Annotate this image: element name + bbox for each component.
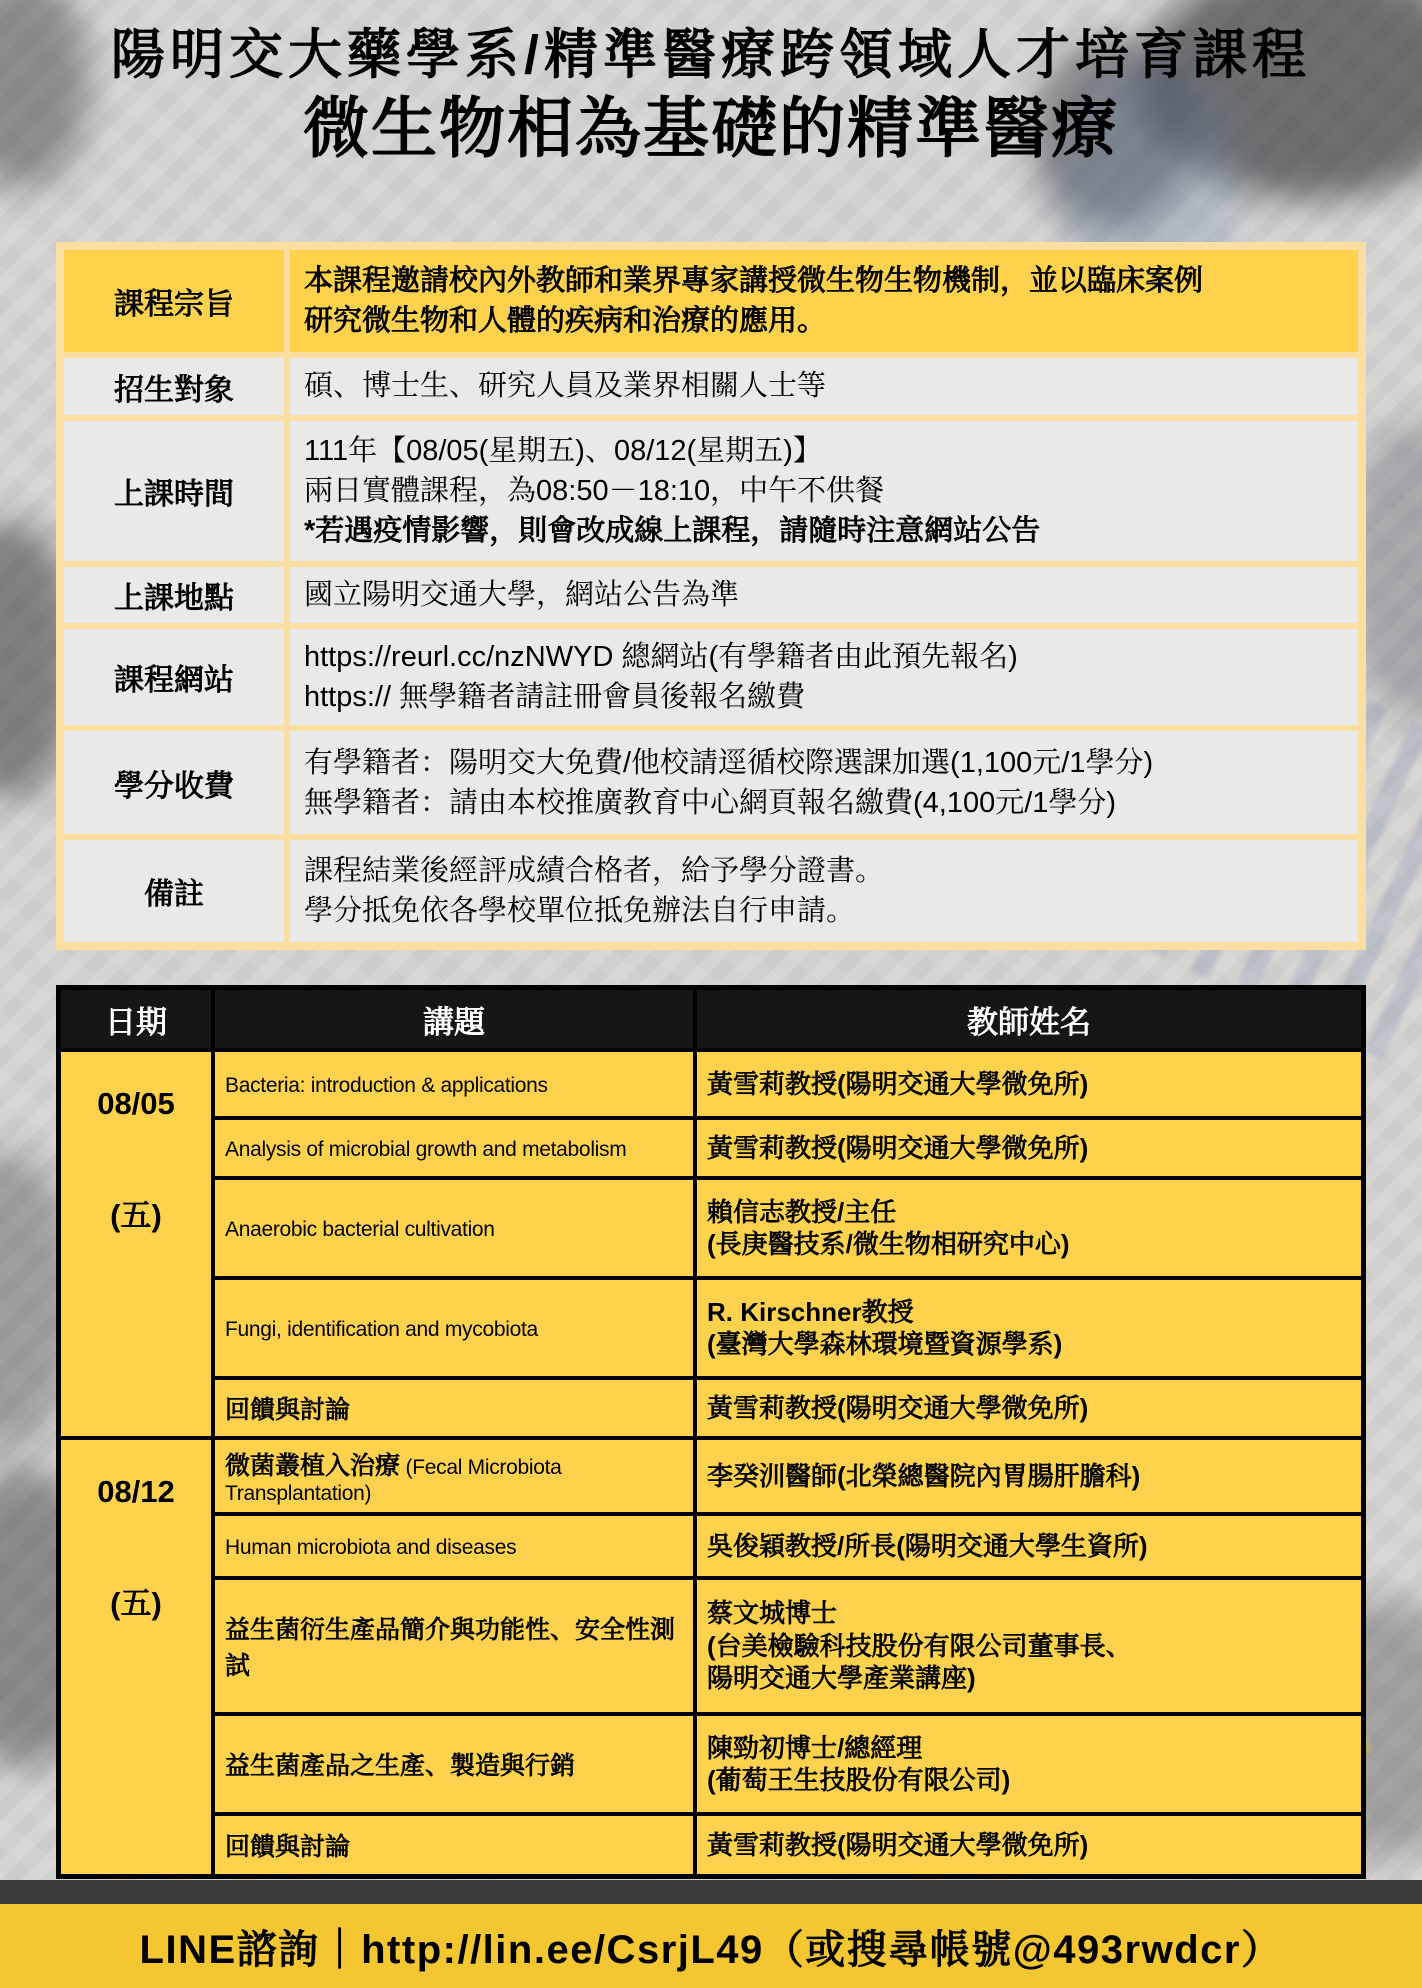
teacher-cell: 陳勁初博士/總經理 (葡萄王生技股份有限公司) [697, 1716, 1361, 1812]
info-text-line: 無學籍者：請由本校推廣教育中心網頁報名繳費(4,100元/1學分) [304, 783, 1344, 823]
info-label-purpose: 課程宗旨 [64, 250, 284, 352]
teacher-cell: 黃雪莉教授(陽明交通大學微免所) [697, 1120, 1361, 1176]
info-label-audience: 招生對象 [64, 358, 284, 415]
info-row-website: 課程網站 https://reurl.cc/nzNWYD 總網站(有學籍者由此預… [64, 629, 1358, 725]
info-content-purpose: 本課程邀請校內外教師和業界專家講授微生物生物機制，並以臨床案例 研究微生物和人體… [290, 250, 1358, 352]
info-label-website: 課程網站 [64, 629, 284, 725]
info-row-audience: 招生對象 碩、博士生、研究人員及業界相關人士等 [64, 358, 1358, 415]
topic-zh: 益生菌產品之生產、製造與行銷 [225, 1752, 575, 1780]
info-content-credit-fee: 有學籍者：陽明交大免費/他校請逕循校際選課加選(1,100元/1學分) 無學籍者… [290, 731, 1358, 834]
topic-en: Fungi, identification and mycobiota [225, 1318, 538, 1341]
teacher-line: 黃雪莉教授(陽明交通大學微免所) [707, 1132, 1351, 1165]
schedule-header-topic: 講題 [215, 990, 693, 1048]
teacher-cell: 蔡文城博士 (台美檢驗科技股份有限公司董事長、 陽明交通大學產業講座) [697, 1580, 1361, 1712]
info-label-credit-fee: 學分收費 [64, 731, 284, 834]
course-website-link[interactable]: https:// 無學籍者請註冊會員後報名繳費 [304, 677, 1344, 717]
footer-bar: LINE諮詢｜http://lin.ee/CsrjL49（或搜尋帳號@493rw… [0, 1904, 1422, 1988]
teacher-cell: 黃雪莉教授(陽明交通大學微免所) [697, 1380, 1361, 1436]
topic-cell: 益生菌衍生產品簡介與功能性、安全性測試 [215, 1580, 693, 1712]
teacher-line: 賴信志教授/主任 [707, 1196, 1351, 1229]
teacher-line: (台美檢驗科技股份有限公司董事長、 [707, 1630, 1351, 1663]
date-text: 08/05 [97, 1086, 175, 1122]
teacher-line: 黃雪莉教授(陽明交通大學微免所) [707, 1068, 1351, 1101]
topic-cell: Anaerobic bacterial cultivation [215, 1180, 693, 1276]
info-row-class-time: 上課時間 111年【08/05(星期五)、08/12(星期五)】 兩日實體課程，… [64, 421, 1358, 561]
teacher-line: 陽明交通大學產業講座) [707, 1662, 1351, 1695]
topic-zh: 微菌叢植入治療 [225, 1452, 400, 1480]
topic-cell: Bacteria: introduction & applications [215, 1052, 693, 1116]
info-label-class-time: 上課時間 [64, 421, 284, 561]
teacher-cell: 黃雪莉教授(陽明交通大學微免所) [697, 1816, 1361, 1874]
course-name-title: 微生物相為基礎的精準醫療 [0, 91, 1422, 167]
teacher-cell: R. Kirschner教授 (臺灣大學森林環境暨資源學系) [697, 1280, 1361, 1376]
course-info-table: 課程宗旨 本課程邀請校內外教師和業界專家講授微生物生物機制，並以臨床案例 研究微… [56, 242, 1366, 950]
poster-title: 陽明交大藥學系/精準醫療跨領域人才培育課程 微生物相為基礎的精準醫療 [0, 26, 1422, 167]
teacher-line: (葡萄王生技股份有限公司) [707, 1764, 1351, 1797]
date-cell-0812: 08/12 (五) [61, 1440, 211, 1874]
info-row-location: 上課地點 國立陽明交通大學，網站公告為準 [64, 567, 1358, 623]
info-row-credit-fee: 學分收費 有學籍者：陽明交大免費/他校請逕循校際選課加選(1,100元/1學分)… [64, 731, 1358, 834]
info-text-line: 本課程邀請校內外教師和業界專家講授微生物生物機制，並以臨床案例 [304, 261, 1344, 301]
info-text-line: 兩日實體課程，為08:50－18:10，中午不供餐 [304, 471, 1344, 511]
weekday-text: (五) [110, 1578, 162, 1623]
teacher-cell: 賴信志教授/主任 (長庚醫技系/微生物相研究中心) [697, 1180, 1361, 1276]
footer-dark-bar [0, 1880, 1422, 1904]
info-text-line: 碩、博士生、研究人員及業界相關人士等 [304, 366, 1344, 406]
topic-cell: 益生菌產品之生產、製造與行銷 [215, 1716, 693, 1812]
info-text-line: 研究微生物和人體的疾病和治療的應用。 [304, 301, 1344, 341]
topic-en: Human microbiota and diseases [225, 1536, 516, 1559]
topic-zh: 回饋與討論 [225, 1833, 350, 1861]
info-text-line: 國立陽明交通大學，網站公告為準 [304, 575, 1344, 615]
schedule-table: 日期 講題 教師姓名 08/05 (五) Bacteria: introduct… [56, 985, 1366, 1879]
info-text-line: 有學籍者：陽明交大免費/他校請逕循校際選課加選(1,100元/1學分) [304, 743, 1344, 783]
teacher-line: 蔡文城博士 [707, 1597, 1351, 1630]
topic-zh: 回饋與討論 [225, 1396, 350, 1424]
teacher-cell: 黃雪莉教授(陽明交通大學微免所) [697, 1052, 1361, 1116]
date-text: 08/12 [97, 1474, 175, 1510]
info-row-remarks: 備註 課程結業後經評成績合格者，給予學分證書。 學分抵免依各學校單位抵免辦法自行… [64, 840, 1358, 942]
topic-cell: 微菌叢植入治療 (Fecal Microbiota Transplantatio… [215, 1440, 693, 1512]
course-website-link[interactable]: https://reurl.cc/nzNWYD 總網站(有學籍者由此預先報名) [304, 637, 1344, 677]
info-content-location: 國立陽明交通大學，網站公告為準 [290, 567, 1358, 623]
info-text-line: 學分抵免依各學校單位抵免辦法自行申請。 [304, 891, 1344, 931]
info-label-location: 上課地點 [64, 567, 284, 623]
teacher-line: 吳俊穎教授/所長(陽明交通大學生資所) [707, 1530, 1351, 1563]
date-cell-0805: 08/05 (五) [61, 1052, 211, 1436]
teacher-cell: 李癸汌醫師(北榮總醫院內胃腸肝膽科) [697, 1440, 1361, 1512]
course-program-title: 陽明交大藥學系/精準醫療跨領域人才培育課程 [0, 26, 1422, 85]
teacher-line: R. Kirschner教授 [707, 1296, 1351, 1329]
teacher-line: (臺灣大學森林環境暨資源學系) [707, 1328, 1351, 1361]
topic-en: Bacteria: introduction & applications [225, 1074, 548, 1097]
topic-zh: 益生菌衍生產品簡介與功能性、安全性測試 [225, 1616, 675, 1680]
weekday-text: (五) [110, 1190, 162, 1235]
info-text-line: 課程結業後經評成績合格者，給予學分證書。 [304, 851, 1344, 891]
teacher-line: (長庚醫技系/微生物相研究中心) [707, 1228, 1351, 1261]
topic-en: Anaerobic bacterial cultivation [225, 1218, 495, 1241]
topic-cell: Analysis of microbial growth and metabol… [215, 1120, 693, 1176]
schedule-header-date: 日期 [61, 990, 211, 1048]
info-row-purpose: 課程宗旨 本課程邀請校內外教師和業界專家講授微生物生物機制，並以臨床案例 研究微… [64, 250, 1358, 352]
teacher-line: 黃雪莉教授(陽明交通大學微免所) [707, 1392, 1351, 1425]
topic-en: Analysis of microbial growth and metabol… [225, 1138, 626, 1161]
teacher-line: 李癸汌醫師(北榮總醫院內胃腸肝膽科) [707, 1460, 1351, 1493]
info-label-remarks: 備註 [64, 840, 284, 942]
info-content-audience: 碩、博士生、研究人員及業界相關人士等 [290, 358, 1358, 415]
topic-cell: Fungi, identification and mycobiota [215, 1280, 693, 1376]
topic-cell: 回饋與討論 [215, 1816, 693, 1874]
schedule-header-teacher: 教師姓名 [697, 990, 1361, 1048]
line-contact-link[interactable]: LINE諮詢｜http://lin.ee/CsrjL49（或搜尋帳號@493rw… [140, 1918, 1283, 1975]
info-content-website: https://reurl.cc/nzNWYD 總網站(有學籍者由此預先報名) … [290, 629, 1358, 725]
teacher-cell: 吳俊穎教授/所長(陽明交通大學生資所) [697, 1516, 1361, 1576]
teacher-line: 黃雪莉教授(陽明交通大學微免所) [707, 1829, 1351, 1862]
info-content-remarks: 課程結業後經評成績合格者，給予學分證書。 學分抵免依各學校單位抵免辦法自行申請。 [290, 840, 1358, 942]
info-text-line-covid-note: *若遇疫情影響，則會改成線上課程，請隨時注意網站公告 [304, 511, 1344, 551]
topic-cell: Human microbiota and diseases [215, 1516, 693, 1576]
topic-cell: 回饋與討論 [215, 1380, 693, 1436]
teacher-line: 陳勁初博士/總經理 [707, 1732, 1351, 1765]
info-content-class-time: 111年【08/05(星期五)、08/12(星期五)】 兩日實體課程，為08:5… [290, 421, 1358, 561]
info-text-line: 111年【08/05(星期五)、08/12(星期五)】 [304, 431, 1344, 471]
